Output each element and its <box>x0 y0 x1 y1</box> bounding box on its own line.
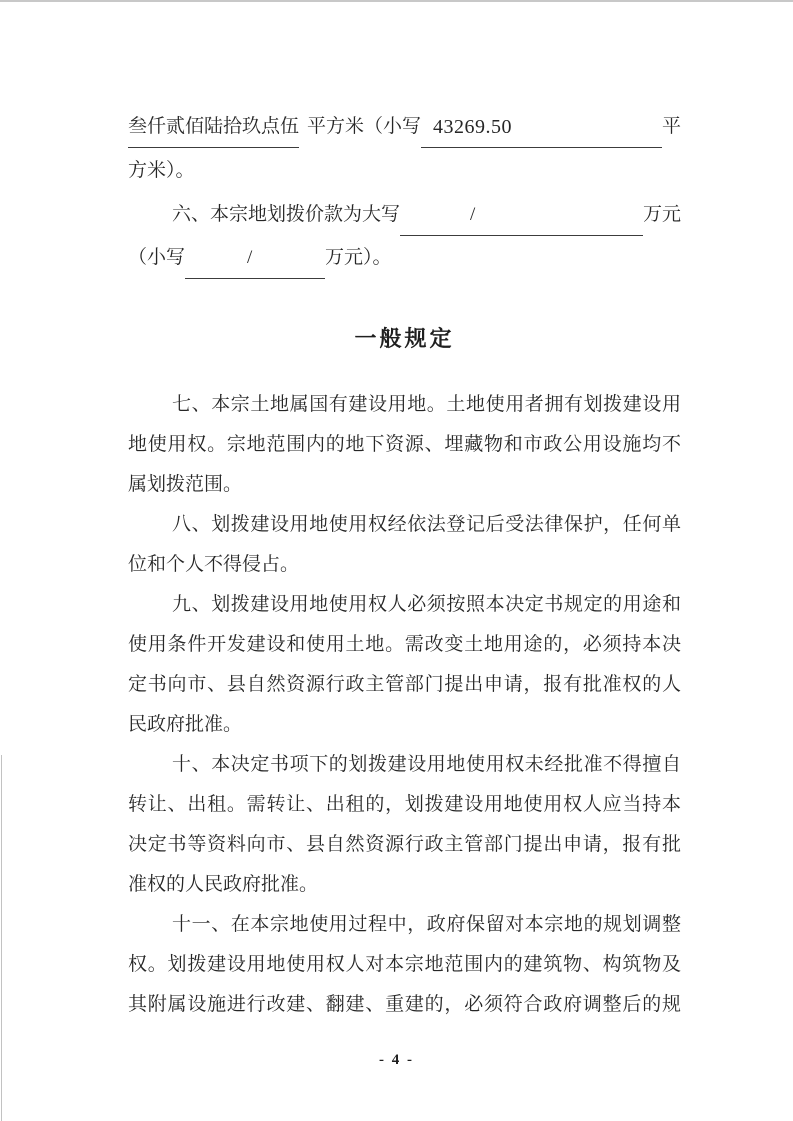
body-line: 地使用权。宗地范围内的地下资源、埋藏物和市政公用设施均不 <box>128 430 681 466</box>
scan-artifact-top-edge <box>0 0 793 2</box>
body-line: 九、划拨建设用地使用权人必须按照本决定书规定的用途和 <box>128 590 681 626</box>
area-chinese-value: 叁仟贰佰陆拾玖点伍 <box>128 112 299 148</box>
area-numeric-field: 43269.50 <box>421 112 662 148</box>
body-line: 定书向市、县自然资源行政主管部门提出申请，报有批准权的人 <box>128 670 681 706</box>
slash-placeholder: / <box>247 247 252 268</box>
area-unit-label: 平方米（小写 <box>307 112 421 148</box>
slash-placeholder: / <box>470 204 475 225</box>
price-small-unit: 万元）。 <box>325 243 392 279</box>
body-line: 转让、出租。需转让、出租的，划拨建设用地使用权人应当持本 <box>128 790 681 826</box>
body-line: 位和个人不得侵占。 <box>128 550 681 586</box>
document-page: 叁仟贰佰陆拾玖点伍 平方米（小写 43269.50 平 方米）。 六、本宗地划拨… <box>0 0 793 1121</box>
body-line: 使用条件开发建设和使用土地。需改变土地用途的，必须持本决 <box>128 630 681 666</box>
body-line: 八、划拨建设用地使用权经依法登记后受法律保护，任何单 <box>128 510 681 546</box>
area-wrap-line: 方米）。 <box>128 156 681 192</box>
body-line: 决定书等资料向市、县自然资源行政主管部门提出申请，报有批 <box>128 830 681 866</box>
body-line: 十、本决定书项下的划拨建设用地使用权未经批准不得擅自 <box>128 750 681 786</box>
area-continuation-line: 叁仟贰佰陆拾玖点伍 平方米（小写 43269.50 平 <box>128 112 681 148</box>
wrapped-char: 平 <box>662 112 681 148</box>
price-numeric-field: / <box>185 243 325 279</box>
body-line: 权。划拨建设用地使用权人对本宗地范围内的建筑物、构筑物及 <box>128 950 681 986</box>
page-number: - 4 - <box>0 1052 793 1069</box>
body-line: 十一、在本宗地使用过程中，政府保留对本宗地的规划调整 <box>128 910 681 946</box>
clause-6-line-1: 六、本宗地划拨价款为大写 / 万元 <box>128 200 681 236</box>
body-line: 七、本宗土地属国有建设用地。土地使用者拥有划拨建设用 <box>128 390 681 426</box>
price-unit-label: 万元 <box>643 200 681 236</box>
area-numeric-value: 43269.50 <box>421 116 512 138</box>
clause-6-line-2: （小写 / 万元）。 <box>128 243 681 279</box>
body-line: 其附属设施进行改建、翻建、重建的，必须符合政府调整后的规 <box>128 990 681 1026</box>
clause-6-lead: 六、本宗地划拨价款为大写 <box>172 200 400 236</box>
price-chinese-field: / <box>400 200 643 236</box>
body-line: 准权的人民政府批准。 <box>128 870 681 906</box>
body-line: 民政府批准。 <box>128 710 681 746</box>
body-line: 属划拨范围。 <box>128 470 681 506</box>
section-heading: 一般规定 <box>128 322 681 353</box>
price-small-open: （小写 <box>128 243 185 279</box>
spacer <box>299 112 307 148</box>
